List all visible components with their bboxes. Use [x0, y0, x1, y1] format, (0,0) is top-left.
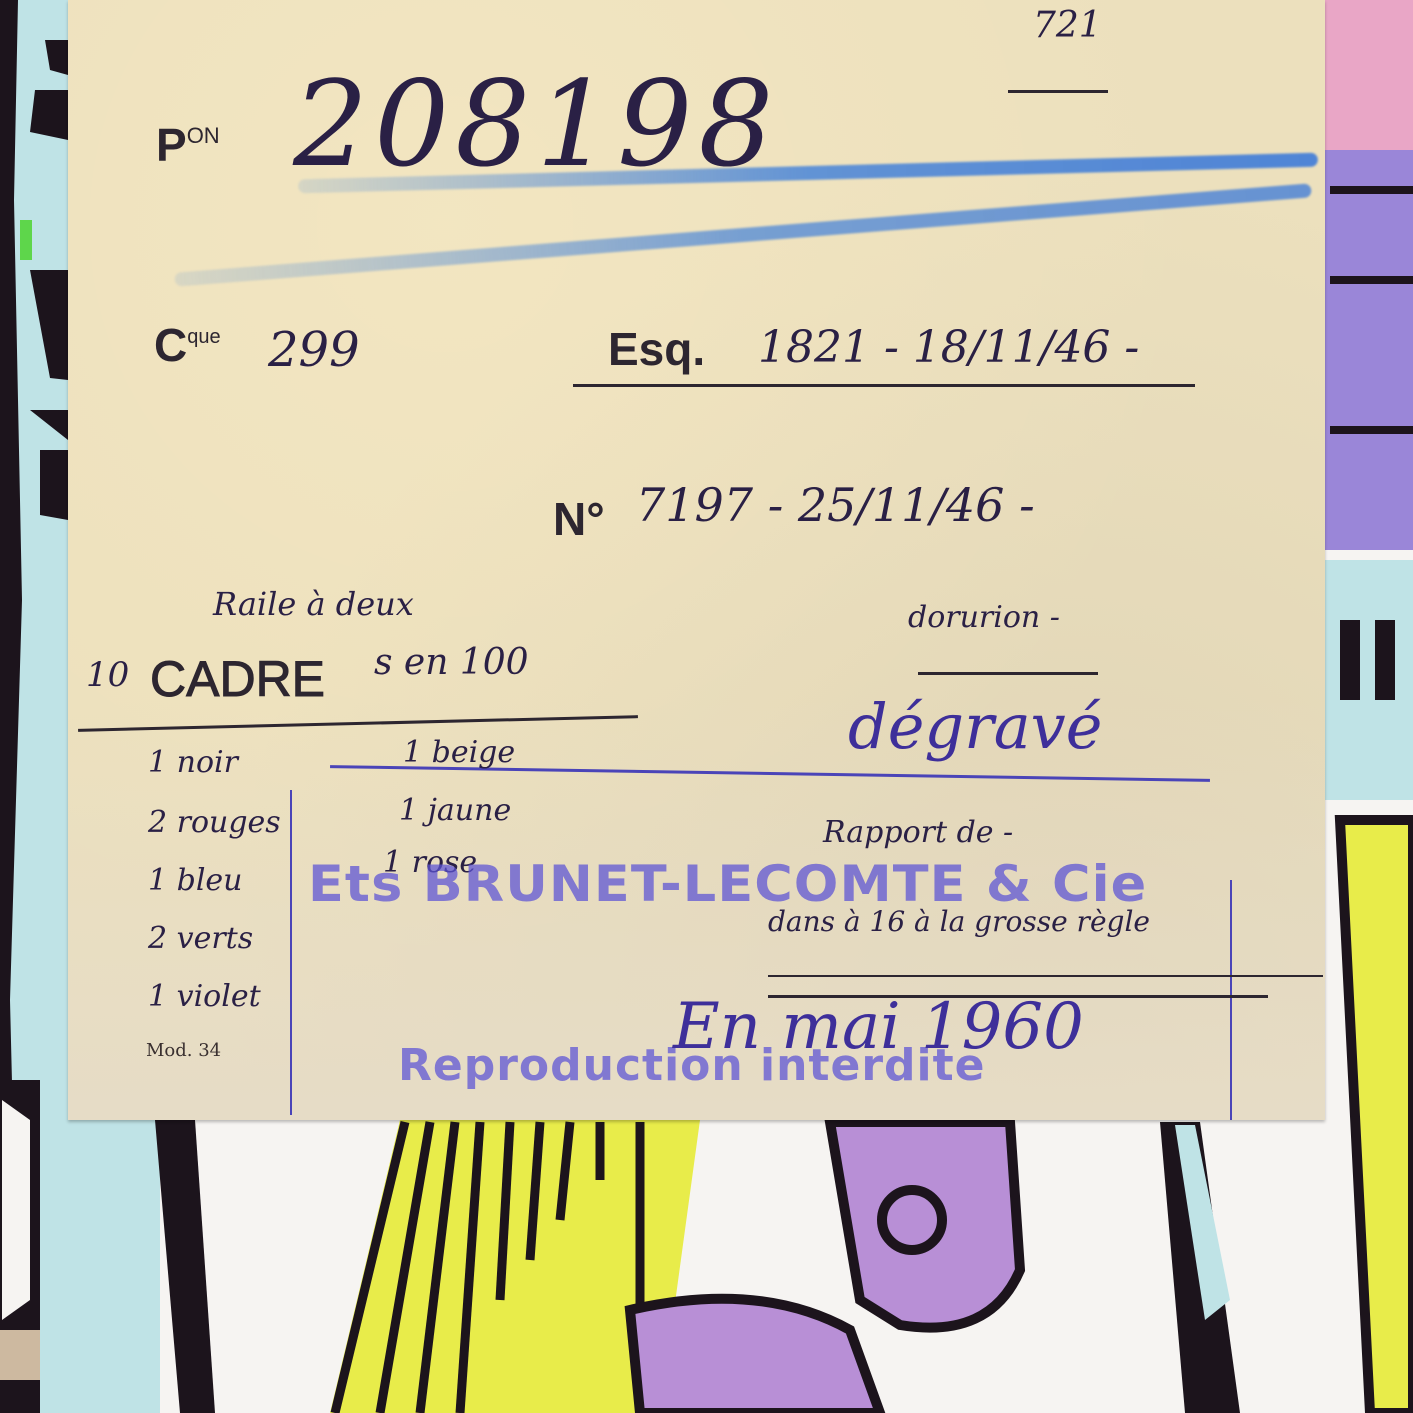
color-item: 1 bleu	[148, 863, 281, 921]
form-code: Mod. 34	[146, 1040, 221, 1061]
color-item: 1 jaune	[399, 793, 511, 845]
date-note: En mai 1960	[673, 990, 1084, 1064]
stamp-frame-right	[1230, 880, 1232, 1120]
stamp-frame-left	[290, 790, 292, 1115]
cadre-prefix: 10	[86, 655, 129, 695]
colors-list: 1 noir 2 rouges 1 bleu 2 verts 1 violet	[148, 745, 281, 1037]
esq-underline	[573, 384, 1195, 387]
rapport-line-2: dans à 16 à la grosse règle	[768, 905, 1150, 938]
cque-value: 299	[268, 322, 360, 378]
color-item: 1 violet	[148, 979, 281, 1037]
numero-label: N°	[553, 492, 605, 546]
right-note-top: dorurion -	[908, 600, 1060, 635]
pon-corner-note: 721	[1033, 5, 1102, 46]
pon-label: PON	[156, 118, 220, 172]
color-item: 2 rouges	[148, 805, 281, 863]
esq-label: Esq.	[608, 322, 705, 376]
color-item: 1 beige	[403, 735, 515, 793]
right-note-underline	[918, 672, 1098, 675]
color-item: 2 verts	[148, 921, 281, 979]
cque-label: Cque	[154, 318, 221, 372]
label-card: PON 208198 721 Cque 299 Esq. 1821 - 18/1…	[68, 0, 1325, 1120]
color-item: 1 noir	[148, 745, 281, 805]
cadre-label: CADRE	[150, 650, 325, 708]
esq-value: 1821 - 18/11/46 -	[758, 322, 1139, 373]
cadre-suffix: s en 100	[374, 642, 529, 683]
pon-value: 208198	[293, 55, 779, 193]
cadre-note-above: Raile à deux	[213, 585, 414, 623]
blue-crayon-stroke	[174, 183, 1312, 286]
rapport-line-1: Rapport de -	[823, 815, 1013, 850]
rapport-rule	[768, 975, 1323, 977]
right-note-main: dégravé	[848, 690, 1102, 763]
numero-value: 7197 - 25/11/46 -	[636, 478, 1035, 532]
pon-dash	[1008, 90, 1108, 93]
